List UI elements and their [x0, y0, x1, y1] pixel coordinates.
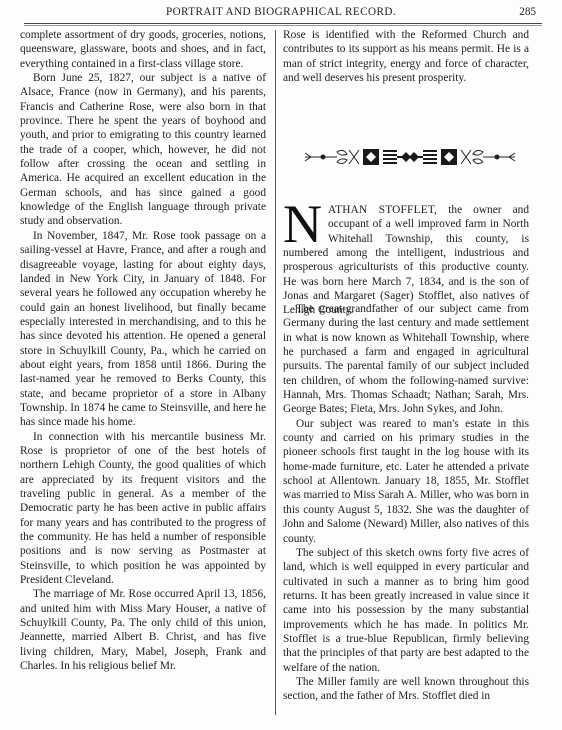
paragraph: Born June 25, 1827, our subject is a nat… — [20, 71, 266, 229]
entry-opening-paragraph: NATHAN STOFFLET, the owner and occupant … — [283, 203, 529, 318]
paragraph: The subject of this sketch owns forty fi… — [283, 546, 529, 675]
right-column-body: The great-grandfather of our subject cam… — [283, 302, 529, 704]
paragraph: Rose is identified with the Reformed Chu… — [283, 28, 529, 85]
header-rule — [24, 23, 542, 24]
right-column-continuation: Rose is identified with the Reformed Chu… — [283, 28, 529, 85]
decorative-divider-icon — [303, 144, 517, 170]
entry-name: ATHAN STOFFLET, — [328, 204, 437, 216]
paragraph: The great-grandfather of our subject cam… — [283, 302, 529, 417]
paragraph: complete assortment of dry goods, grocer… — [20, 28, 266, 71]
paragraph: The Miller family are well known through… — [283, 675, 529, 704]
page-number: 285 — [519, 6, 536, 18]
book-page: PORTRAIT AND BIOGRAPHICAL RECORD. 285 co… — [0, 0, 562, 730]
left-column: complete assortment of dry goods, grocer… — [20, 28, 266, 673]
header-rule-secondary — [24, 25, 542, 26]
paragraph: In connection with his mercantile busine… — [20, 430, 266, 588]
column-divider — [275, 30, 276, 715]
running-title: PORTRAIT AND BIOGRAPHICAL RECORD. — [20, 6, 542, 18]
running-head: PORTRAIT AND BIOGRAPHICAL RECORD. 285 — [20, 0, 542, 28]
drop-cap: N — [283, 204, 322, 246]
paragraph: Our subject was reared to man's estate i… — [283, 417, 529, 546]
paragraph: The marriage of Mr. Rose occurred April … — [20, 587, 266, 673]
paragraph: In November, 1847, Mr. Rose took passage… — [20, 229, 266, 430]
